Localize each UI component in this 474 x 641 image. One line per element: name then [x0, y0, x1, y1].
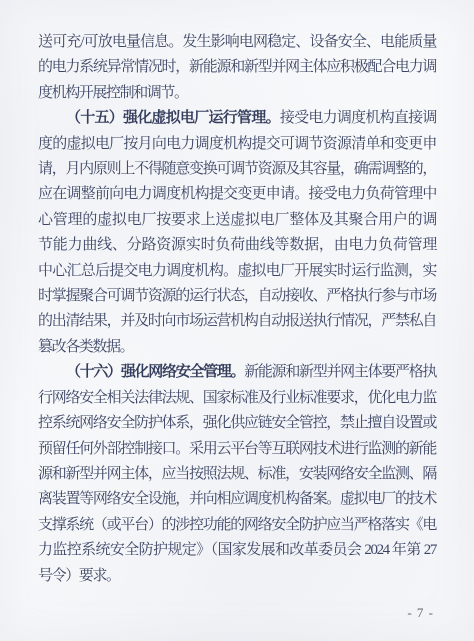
- document-body: 送可充/可放电量信息。发生影响电网稳定、设备安全、电能质量 的电力系统异常情况时…: [38, 30, 436, 589]
- text-line: 时掌握聚合可调节资源的运行状态，自动接收、严格执行参与市场: [38, 284, 436, 309]
- text-line: 送可充/可放电量信息。发生影响电网稳定、设备安全、电能质量: [38, 30, 436, 55]
- text-line: 号令）要求。: [38, 564, 436, 589]
- text-line: （十六）强化网络安全管理。新能源和新型并网主体要严格执: [38, 360, 436, 385]
- section-16-heading: （十六）强化网络安全管理。: [66, 364, 244, 380]
- text-line: 节能力曲线、分路资源实时负荷曲线等数据，由电力负荷管理: [38, 233, 436, 258]
- text-line: 源和新型并网主体，应当按照法规、标准，安装网络安全监测、隔: [38, 462, 436, 487]
- text-line: 控系统网络安全防护体系，强化供应链安全管控，禁止擅自设置或: [38, 411, 436, 436]
- text-line: 心管理的虚拟电厂按要求上送虚拟电厂整体及其聚合用户的调: [38, 208, 436, 233]
- text-line: 的电力系统异常情况时，新能源和新型并网主体应积极配合电力调: [38, 55, 436, 80]
- document-page: 送可充/可放电量信息。发生影响电网稳定、设备安全、电能质量 的电力系统异常情况时…: [0, 0, 474, 641]
- section-16-text: 新能源和新型并网主体要严格执: [244, 364, 436, 380]
- text-line: 度机构开展控制和调节。: [38, 81, 436, 106]
- page-number: - 7 -: [407, 605, 434, 621]
- section-15-text: 接受电力调度机构直接调: [280, 110, 436, 126]
- text-line: 请，月内原则上不得随意变换可调节资源及其容量，确需调整的，: [38, 157, 436, 182]
- text-line: 支撑系统（或平台）的涉控功能的网络安全防护应当严格落实《电: [38, 513, 436, 538]
- text-line: 行网络安全相关法律法规、国家标准及行业标准要求，优化电力监: [38, 386, 436, 411]
- text-line: 离装置等网络安全设施，并向相应调度机构备案。虚拟电厂的技术: [38, 487, 436, 512]
- section-15-heading: （十五）强化虚拟电厂运行管理。: [66, 110, 280, 126]
- text-line: 度的虚拟电厂按月向电力调度机构提交可调节资源清单和变更申: [38, 132, 436, 157]
- text-line: 中心汇总后提交电力调度机构。虚拟电厂开展实时运行监测，实: [38, 259, 436, 284]
- text-line: （十五）强化虚拟电厂运行管理。接受电力调度机构直接调: [38, 106, 436, 131]
- text-line: 篡改各类数据。: [38, 335, 436, 360]
- text-line: 预留任何外部控制接口。采用云平台等互联网技术进行监测的新能: [38, 437, 436, 462]
- text-line: 的出清结果，并及时向市场运营机构自动报送执行情况，严禁私自: [38, 309, 436, 334]
- text-line: 力监控系统安全防护规定》（国家发展和改革委员会 2024 年第 27: [38, 538, 436, 563]
- text-line: 应在调整前向电力调度机构提交变更申请。接受电力负荷管理中: [38, 182, 436, 207]
